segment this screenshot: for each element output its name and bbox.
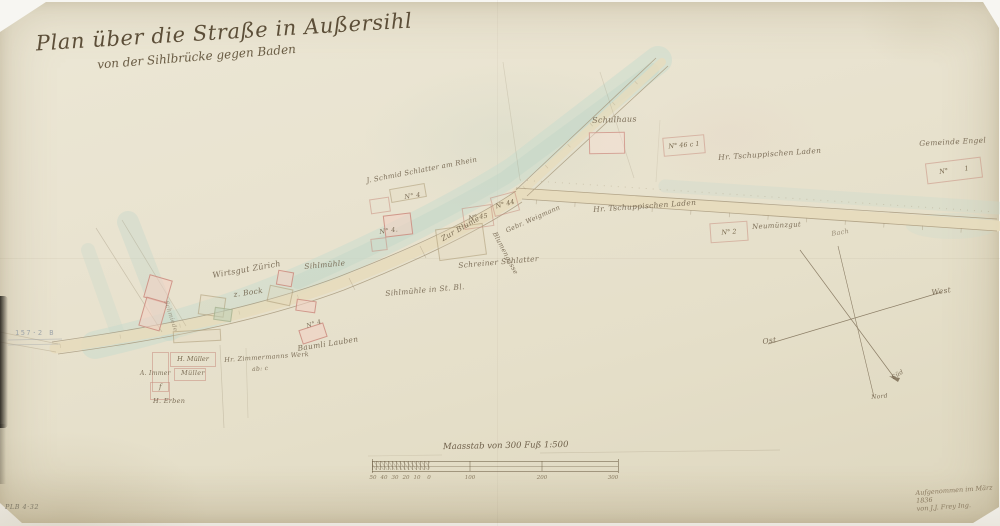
scale-tick-label: 10 <box>414 475 421 481</box>
map-label: H. Erben <box>153 398 185 405</box>
building-outline: H. Müller <box>170 352 216 367</box>
paper-edge-tear <box>0 296 8 428</box>
scale-tick-label: 300 <box>608 475 619 481</box>
building-outline <box>370 237 387 252</box>
compass-rose <box>768 246 942 397</box>
building-number: N° 2 <box>710 222 747 242</box>
map-label: f <box>159 384 162 391</box>
building-number: N° 46 c 1 <box>663 135 704 155</box>
scale-bar-hatch <box>372 461 430 470</box>
archive-stamp: 157·2 B <box>15 329 55 337</box>
scale-tick-label: 0 <box>427 475 431 481</box>
building-outline <box>173 329 222 343</box>
scale-tick-label: 30 <box>392 475 399 481</box>
scale-tick-label: 50 <box>370 475 377 481</box>
scale-tick-label: 100 <box>465 475 476 481</box>
building-outline <box>276 270 294 288</box>
map-label: Schulhaus <box>592 115 637 125</box>
building-outline: N° 46 c 1 <box>662 134 705 157</box>
scale-tick-label: 200 <box>537 475 548 481</box>
scale-tick-label: 20 <box>403 475 410 481</box>
map-label: ab: c <box>252 366 269 373</box>
building-number: H. Müller <box>171 353 215 366</box>
scale-tick-label: 40 <box>381 475 388 481</box>
building-outline <box>369 197 391 215</box>
building-outline <box>295 299 316 314</box>
building-outline <box>589 132 625 155</box>
map-label: A. Immer <box>140 371 171 377</box>
paper-edge-tear <box>0 424 6 484</box>
archive-corner-mark: PLB 4·32 <box>5 503 39 511</box>
building-outline: N° 2 <box>709 221 748 244</box>
scale-bar-end-tick <box>372 459 373 473</box>
scanned-map-page: Plan über die Straße in Außersihl von de… <box>0 0 1000 526</box>
building-outline <box>213 307 233 322</box>
map-label: Müller <box>181 370 205 377</box>
map-label: Ost <box>762 336 777 345</box>
scale-bar-end-tick <box>618 459 619 473</box>
